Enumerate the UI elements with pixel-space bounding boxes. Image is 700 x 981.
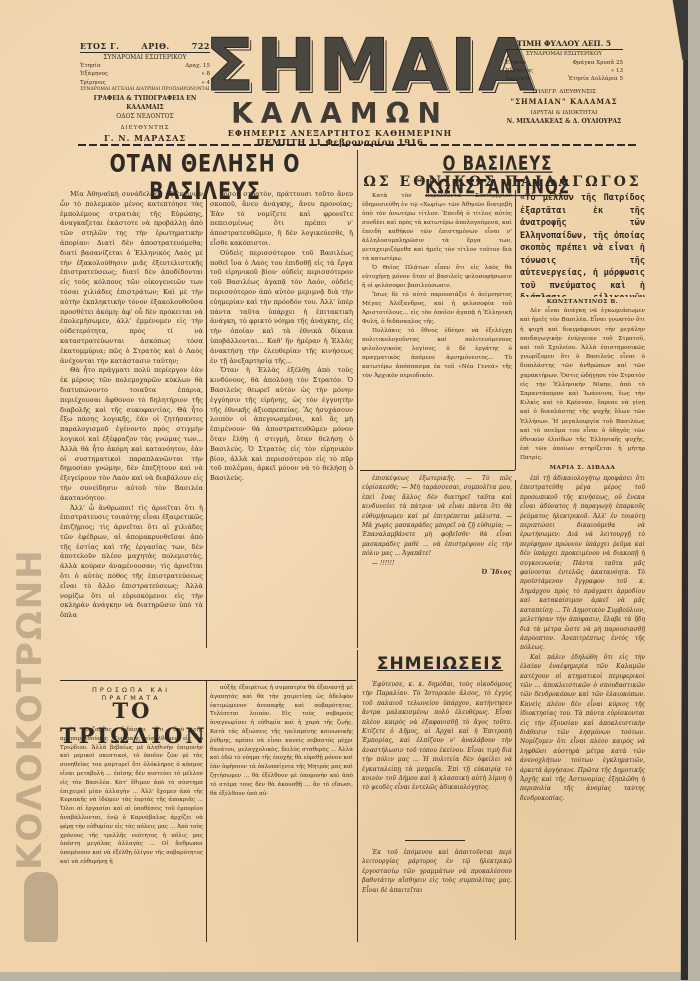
issue-number-label: ΑΡΙΘ. — [142, 40, 170, 52]
subscription-row: Τρίμηνος» 4 — [80, 79, 210, 87]
scan-edge — [666, 0, 688, 60]
issue-info: ΕΤΟΣ Γ. ΑΡΙΘ. 722 — [80, 40, 210, 53]
article-paragraph: Θὰ ἦτο πράγματι πολὺ περίεργον ἐὰν ἐκ μέ… — [60, 366, 203, 503]
offices-address: ΓΡΑΦΕΙΑ & ΤΥΠΟΓΡΑΦΕΙΑ ΕΝ ΚΑΛΑΜΑΙΣ — [80, 94, 210, 112]
subscription-label: Ἀμερικῆς — [505, 75, 531, 83]
article-paragraph: ἐπισκέψεως ἐξωτερικῆς. — Τὸ πῶς εὑρίσκεσ… — [362, 474, 512, 559]
article-paragraph: Ὁ Καζαμίας διδάσκει ὅτι ἀπὸ τῆς προπαρελ… — [60, 726, 203, 867]
subscription-label: Τρίμηνος — [80, 79, 106, 87]
article-paragraph: Ὁ Θεῖος Πλάτων εἶπεν ὅτι εἰς λαὸς θὰ εὐτ… — [362, 264, 512, 291]
article-paragraph: ἐπὶ τῇ ἀδικαιολογήτῳ προφάσει ὅτι ἐπεστρ… — [520, 474, 645, 653]
article-paragraph: Μία Ἀθηναϊκὴ συνάδελφος ἐξ ἐκείνων ὧν τὸ… — [60, 190, 203, 366]
issue-date: ΠΕΜΠΤΗ 11 Φεβρουαρίου 1916 — [205, 138, 475, 148]
king-quote: «Τὸ μέλλον τῆς Πατρίδος ἐξαρτᾶται ἐκ τῆς… — [520, 192, 645, 297]
bleed-through-hand-icon — [24, 872, 58, 942]
subscription-value: » 13 — [611, 67, 623, 75]
column-divider — [515, 190, 516, 470]
article-paragraph: Οὐδεὶς περισσότερον τοῦ Βασιλέως ποθεῖ ἵ… — [210, 249, 353, 367]
subscription-row: Ἑξάμηνος» 13 — [505, 67, 623, 75]
headline-notes: ΣΗΜΕΙΩΣΕΙΣ — [370, 654, 510, 674]
issue-price: ΤΙΜΗ ΦΥΛΛΟΥ ΛΕΠ. 5 — [505, 38, 623, 50]
subscription-row: Ἑξάμηνος» 8 — [80, 70, 210, 78]
article-paragraph: Ἐφύτευσε, κ. κ. δημόδαι, τοὺς οἰκοδόμους… — [362, 680, 512, 793]
newspaper-city: ΚΑΛΑΜΩΝ — [205, 100, 475, 128]
subscription-row: ἈμερικῆςἘτησία Δολλάρια 5 — [505, 75, 623, 83]
article-paragraph: Ὅταν ἡ Ἑλλὰς ἐξέλθῃ ἀπὸ τοὺς κινδύνους, … — [210, 366, 353, 484]
article-paragraph: Καὶ πάλιν ἐδηλώθη ὅτι εἰς τὴν ἐλαίαν ἐνα… — [520, 653, 645, 804]
masthead-right-box: ΤΙΜΗ ΦΥΛΛΟΥ ΛΕΠ. 5 ΣΥΝΔΡΟΜΑΙ ΕΞΩΤΕΡΙΚΟΥ … — [505, 38, 623, 126]
column-divider — [357, 150, 358, 648]
article-column: Μία Ἀθηναϊκὴ συνάδελφος ἐξ ἐκείνων ὧν τὸ… — [60, 190, 203, 648]
street-address: ΟΔΟΣ ΝΕΔΟΝΤΟΣ — [80, 112, 210, 121]
subscriptions-title: ΣΥΝΔΡΟΜΑΙ ΕΣΩΤΕΡΙΚΟΥ — [80, 53, 210, 62]
column-divider — [357, 650, 358, 942]
newspaper-title: ΣΗΜΑΙΑ — [205, 30, 475, 100]
article-paragraph: τόσον στρατὸν, πράττουσι τοῦτο ἄνευ σκοπ… — [210, 190, 353, 249]
newspaper-tagline: ΕΦΗΜΕΡΙΣ ΑΝΕΞΑΡΤΗΤΟΣ ΚΑΘΗΜΕΡΙΝΗ — [205, 128, 475, 138]
author-signature: Ὁ Ἴδιος — [362, 568, 512, 577]
article-column: Κατὰ τὸν παρελθόντα Σεπτέμβριον ἐδημοσιε… — [362, 192, 512, 464]
article-column: ΚΩΝΣΤΑΝΤΙΝΟΣ Β. Δὲν εἶναι ἀνάγκη νὰ ἐγκω… — [520, 298, 645, 473]
newspaper-title-block: ΣΗΜΑΙΑ ΚΑΛΑΜΩΝ ΕΦΗΜΕΡΙΣ ΑΝΕΞΑΡΤΗΤΟΣ ΚΑΘΗ… — [205, 30, 475, 148]
article-paragraph: Δὲν εἶναι ἀνάγκη νὰ ἐγκωμιάσωμεν καὶ ἡμε… — [520, 307, 645, 463]
masthead-rule — [78, 144, 638, 146]
director-label: ΔΙΕΥΘΥΝΤΗΣ — [80, 124, 210, 132]
foreign-subscriptions-title: ΣΥΝΔΡΟΜΑΙ ΕΞΩΤΕΡΙΚΟΥ — [505, 50, 623, 58]
subscription-value: Φράγκα Χρυσᾶ 25 — [573, 59, 623, 67]
article-column: ἐπισκέψεως ἐξωτερικῆς. — Τὸ πῶς εὑρίσκεσ… — [362, 474, 512, 646]
subscription-value: Ἐτησία Δολλάρια 5 — [568, 75, 623, 83]
subscription-row: ἘτησίαΔραχ. 15 — [80, 62, 210, 70]
column-divider — [206, 680, 207, 942]
article-paragraph: Ἐκ τοῦ ἐπόμενου καὶ ἀπαιτοῦνται περὶ λει… — [362, 848, 512, 895]
quote-text: «Τὸ μέλλον τῆς Πατρίδος ἐξαρτᾶται ἐκ τῆς… — [520, 192, 645, 297]
section-rule — [60, 680, 356, 681]
article-column: Ἐκ τοῦ ἐπόμενου καὶ ἀπαιτοῦνται περὶ λει… — [362, 848, 512, 942]
masthead-left-box: ΕΤΟΣ Γ. ΑΡΙΘ. 722 ΣΥΝΔΡΟΜΑΙ ΕΣΩΤΕΡΙΚΟΥ Ἐ… — [80, 40, 210, 144]
author-signature: ΜΑΡΙΑ Σ. ΔΙΒΑΔΑ — [520, 464, 645, 473]
headline-national-educator: ΩΣ ΕΘΝΙΚΟΣ ΠΑΙΔΑΓΩΓΟΣ — [360, 174, 645, 190]
column-divider — [206, 186, 207, 648]
subscription-label: Ἑξάμηνος — [505, 67, 533, 75]
newspaper-page: ΕΤΟΣ Γ. ΑΡΙΘ. 722 ΣΥΝΔΡΟΜΑΙ ΕΣΩΤΕΡΙΚΟΥ Ἐ… — [0, 0, 688, 972]
column-divider — [515, 480, 516, 940]
article-paragraph: Πολλάκις τὸ ἔθνος ἐδέησε νὰ ἐξελέγχῃ πολ… — [362, 327, 512, 381]
separator-rule — [405, 840, 465, 841]
prepaid-note: ΣΥΝΔΡΟΜΑΙ ΑΓΓΕΛΙΑΙ ΔΙΑΤΡΙΒΑΙ ΠΡΟΠΛΗΡΩΝΟΝ… — [80, 87, 210, 94]
article-paragraph: — !!!!!! — [362, 559, 512, 568]
article-column: Ὁ Καζαμίας διδάσκει ὅτι ἀπὸ τῆς προπαρελ… — [60, 726, 203, 942]
article-column: Ἐφύτευσε, κ. κ. δημόδαι, τοὺς οἰκοδόμους… — [362, 680, 512, 834]
article-column: τόσον στρατὸν, πράττουσι τοῦτο ἄνευ σκοπ… — [210, 190, 353, 648]
subscription-label: Ἐτησία — [80, 62, 101, 70]
article-paragraph: Ἀλλ' ὦ ἄνθρωποι! τὶς ἀρνεῖται ὅτι ἡ ἐπισ… — [60, 504, 203, 622]
article-paragraph: Κατὰ τὸν παρελθόντα Σεπτέμβριον ἐδημοσιε… — [362, 192, 512, 264]
section-rule — [360, 470, 515, 471]
subscription-label: Ἑξάμηνος — [80, 70, 108, 78]
subscription-row: ἘτησίαΦράγκα Χρυσᾶ 25 — [505, 59, 623, 67]
article-column: αὐξῆς ἐξαιρέτως ἡ συμπατρία θὰ ἐξαναστῇ … — [210, 684, 353, 942]
article-column: ἐπὶ τῇ ἀδικαιολογήτῳ προφάσει ὅτι ἐπεστρ… — [520, 474, 645, 942]
founders-names: Ν. ΜΙΧΑΛΑΚΕΑΣ & Δ. ΟΥΛΙΟΥΡΑΣ — [505, 117, 623, 126]
bleed-through-text: ΚΟΛΟΚΟΤΡΩΝΗ — [10, 490, 50, 870]
subscription-label: Ἐτησία — [505, 59, 526, 67]
director-name: Γ. Ν. ΜΑΡΑΣΑΣ — [80, 132, 210, 144]
article-paragraph: Ἴσως δὲ τὸ αὐτὸ παρουσιάζει ὁ ἀείμνηστος… — [362, 291, 512, 327]
founders-label: ΙΔΡΥΤΑΙ & ΙΔΙΟΚΤΗΤΑΙ — [505, 109, 623, 117]
telegraph-address: "ΣΗΜΑΙΑΝ" ΚΑΛΑΜΑΣ — [505, 97, 623, 108]
article-paragraph: αὐξῆς ἐξαιρέτως ἡ συμπατρία θὰ ἐξαναστῇ … — [210, 684, 353, 798]
telegraph-label: ΤΗΛΕΓΡ. ΔΙΕΥΘΥΝΣΙΣ — [505, 88, 623, 96]
quote-signature: ΚΩΝΣΤΑΝΤΙΝΟΣ Β. — [520, 298, 645, 307]
scan-edge-right — [676, 60, 688, 980]
issue-year: ΕΤΟΣ Γ. — [80, 40, 119, 52]
